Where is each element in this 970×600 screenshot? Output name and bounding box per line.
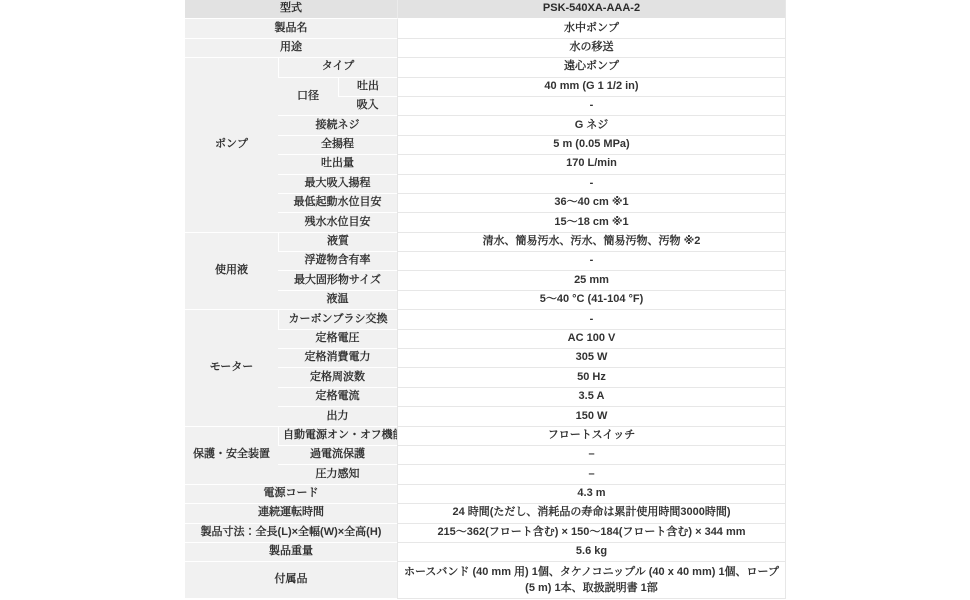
spec-value: 水中ポンプ [397, 19, 785, 38]
model-value: PSK-540XA-AAA-2 [397, 0, 785, 19]
spec-label: 浮遊物含有率 [278, 252, 397, 271]
spec-value: 清水、簡易汚水、汚水、簡易汚物、汚物 ※2 [397, 233, 785, 252]
spec-label: 吸入 [338, 97, 397, 116]
spec-label: 連続運転時間 [185, 504, 397, 523]
spec-row: 使用液 液質 清水、簡易汚水、汚水、簡易汚物、汚物 ※2 [185, 233, 785, 252]
spec-label: 用途 [185, 39, 397, 58]
spec-label: 最低起動水位目安 [278, 194, 397, 213]
spec-group-label: モーター [185, 310, 278, 426]
spec-label: 定格周波数 [278, 368, 397, 387]
spec-row: ポンプ タイプ 遠心ポンプ [185, 58, 785, 77]
spec-value: 5.6 kg [397, 543, 785, 562]
spec-label: カーボンブラシ交換 [278, 310, 397, 329]
spec-label: 出力 [278, 407, 397, 426]
spec-row-model: 型式 PSK-540XA-AAA-2 [185, 0, 785, 19]
spec-row: 電源コード 4.3 m [185, 485, 785, 504]
spec-value: – [397, 446, 785, 465]
spec-value: - [397, 175, 785, 194]
spec-label: 吐出量 [278, 155, 397, 174]
spec-value: 15〜18 cm ※1 [397, 213, 785, 232]
spec-label: 液質 [278, 233, 397, 252]
spec-row: 用途 水の移送 [185, 39, 785, 58]
spec-row: 製品寸法：全長(L)×全幅(W)×全高(H) 215〜362(フロート含む) ×… [185, 524, 785, 543]
spec-label: 過電流保護 [278, 446, 397, 465]
spec-value: 3.5 A [397, 388, 785, 407]
spec-value: 50 Hz [397, 368, 785, 387]
spec-value: 5〜40 °C (41-104 °F) [397, 291, 785, 310]
spec-row: 連続運転時間 24 時間(ただし、消耗品の寿命は累計使用時間3000時間) [185, 504, 785, 523]
spec-value: 215〜362(フロート含む) × 150〜184(フロート含む) × 344 … [397, 524, 785, 543]
spec-row: 製品重量 5.6 kg [185, 543, 785, 562]
spec-label: 最大吸入揚程 [278, 175, 397, 194]
spec-row-accessories: 付属品 ホースバンド (40 mm 用) 1個、タケノコニップル (40 x 4… [185, 562, 785, 599]
spec-value: 5 m (0.05 MPa) [397, 136, 785, 155]
spec-value: G ネジ [397, 116, 785, 135]
spec-value: 305 W [397, 349, 785, 368]
spec-value: 36〜40 cm ※1 [397, 194, 785, 213]
spec-label: タイプ [278, 58, 397, 77]
spec-value: - [397, 310, 785, 329]
spec-label: 圧力感知 [278, 465, 397, 484]
spec-group-label: ポンプ [185, 58, 278, 233]
spec-row: モーター カーボンブラシ交換 - [185, 310, 785, 329]
spec-value: 170 L/min [397, 155, 785, 174]
spec-label: 付属品 [185, 562, 397, 599]
spec-row: 保護・安全装置 自動電源オン・オフ機能 フロートスイッチ [185, 427, 785, 446]
spec-value: 150 W [397, 407, 785, 426]
spec-label: 全揚程 [278, 136, 397, 155]
model-label: 型式 [185, 0, 397, 19]
spec-label: 定格電流 [278, 388, 397, 407]
spec-label: 残水水位目安 [278, 213, 397, 232]
spec-label: 最大固形物サイズ [278, 271, 397, 290]
product-spec-page: 型式 PSK-540XA-AAA-2 製品名 水中ポンプ 用途 水の移送 ポンプ… [0, 0, 970, 600]
spec-sublabel: 口径 [278, 78, 338, 117]
spec-row: 製品名 水中ポンプ [185, 19, 785, 38]
spec-label: 製品重量 [185, 543, 397, 562]
spec-value: 4.3 m [397, 485, 785, 504]
spec-label: 定格消費電力 [278, 349, 397, 368]
spec-value: 40 mm (G 1 1/2 in) [397, 78, 785, 97]
spec-label: 吐出 [338, 78, 397, 97]
spec-value: – [397, 465, 785, 484]
spec-label: 接続ネジ [278, 116, 397, 135]
spec-label: 製品寸法：全長(L)×全幅(W)×全高(H) [185, 524, 397, 543]
spec-value: フロートスイッチ [397, 427, 785, 446]
spec-value: 24 時間(ただし、消耗品の寿命は累計使用時間3000時間) [397, 504, 785, 523]
spec-group-label: 使用液 [185, 233, 278, 311]
spec-value: 25 mm [397, 271, 785, 290]
spec-value: 水の移送 [397, 39, 785, 58]
spec-table: 型式 PSK-540XA-AAA-2 製品名 水中ポンプ 用途 水の移送 ポンプ… [185, 0, 786, 599]
spec-label: 自動電源オン・オフ機能 [278, 427, 397, 446]
spec-label: 製品名 [185, 19, 397, 38]
spec-group-label: 保護・安全装置 [185, 427, 278, 485]
spec-value: - [397, 97, 785, 116]
spec-value: AC 100 V [397, 330, 785, 349]
spec-value: ホースバンド (40 mm 用) 1個、タケノコニップル (40 x 40 mm… [397, 562, 785, 599]
spec-label: 電源コード [185, 485, 397, 504]
spec-value: 遠心ポンプ [397, 58, 785, 77]
spec-value: - [397, 252, 785, 271]
spec-label: 液温 [278, 291, 397, 310]
spec-label: 定格電圧 [278, 330, 397, 349]
